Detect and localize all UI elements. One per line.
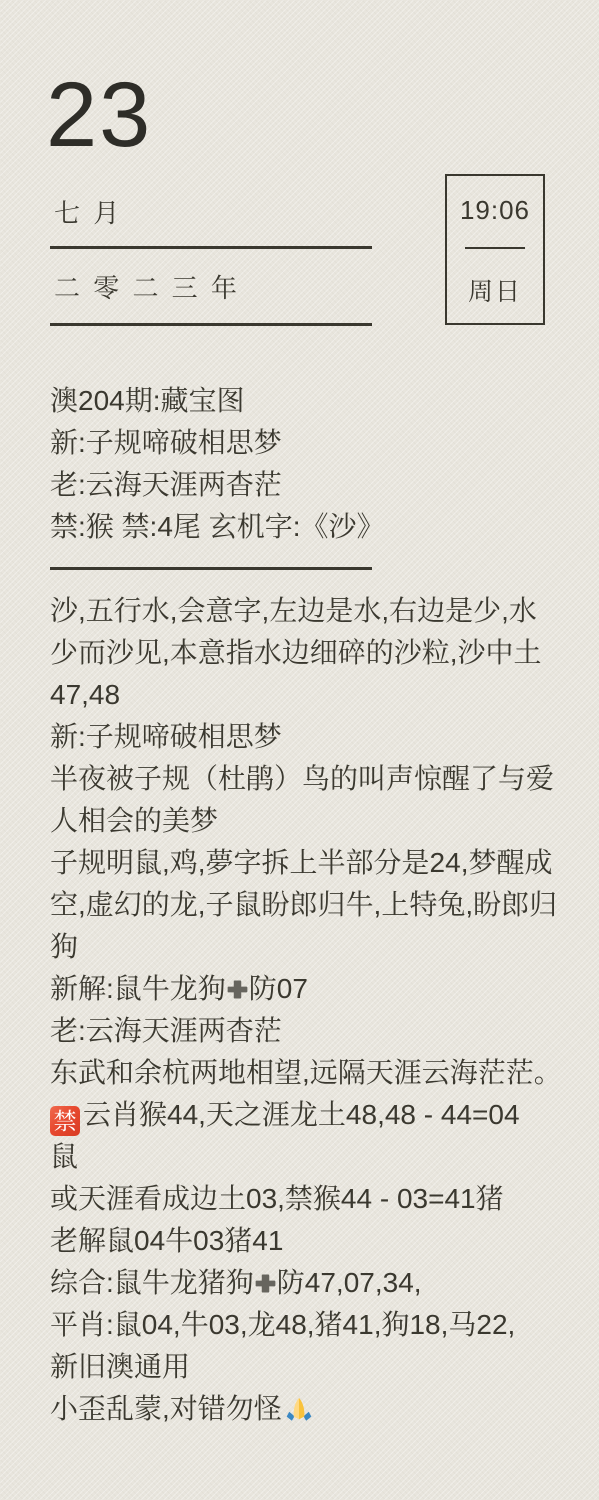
body-line: 小歪乱蒙,对错勿怪 xyxy=(50,1388,590,1430)
text-segment: 新解:鼠牛龙狗 xyxy=(50,973,226,1004)
text-segment: 空,虚幻的龙,子鼠盼郎归牛,上特兔,盼郎归 xyxy=(50,889,557,920)
prohibited-jin-icon: 禁 xyxy=(50,1106,80,1136)
divider-rule xyxy=(50,567,372,570)
text-segment: 老:云海天涯两杳茫 xyxy=(50,1015,282,1046)
text-segment: 新:子规啼破相思梦 xyxy=(50,721,282,752)
month-label: 七 月 xyxy=(54,200,122,226)
body-text: 澳204期:藏宝图新:子规啼破相思梦老:云海天涯两杳茫禁:猴 禁:4尾 玄机字:… xyxy=(50,380,590,1430)
text-segment: 或天涯看成边土03,禁猴44 - 03=41猪 xyxy=(50,1183,504,1214)
text-segment: 平肖:鼠04,牛03,龙48,猪41,狗18,马22, xyxy=(50,1309,515,1340)
year-divider xyxy=(50,323,372,326)
text-segment: 综合:鼠牛龙猪狗 xyxy=(50,1267,254,1298)
body-line: 新:子规啼破相思梦 xyxy=(50,422,590,464)
body-line: 狗 xyxy=(50,926,590,968)
section-divider xyxy=(50,548,590,590)
body-line: 沙,五行水,会意字,左边是水,右边是少,水 xyxy=(50,590,590,632)
text-segment: 防07 xyxy=(249,973,308,1004)
body-line: 禁云肖猴44,天之涯龙土48,48 - 44=04 xyxy=(50,1094,590,1136)
text-segment: 子规明鼠,鸡,夢字拆上半部分是24,梦醒成 xyxy=(50,847,552,878)
month-divider xyxy=(50,246,372,249)
day-number: 23 xyxy=(46,69,152,161)
body-line: 少而沙见,本意指水边细碎的沙粒,沙中土 xyxy=(50,632,590,674)
body-line: 人相会的美梦 xyxy=(50,800,590,842)
body-line: 综合:鼠牛龙猪狗防47,07,34, xyxy=(50,1262,590,1304)
weekday-label: 周日 xyxy=(447,280,543,305)
text-segment: 少而沙见,本意指水边细碎的沙粒,沙中土 xyxy=(50,637,542,668)
body-line: 空,虚幻的龙,子鼠盼郎归牛,上特兔,盼郎归 xyxy=(50,884,590,926)
body-line: 新:子规啼破相思梦 xyxy=(50,716,590,758)
body-line: 澳204期:藏宝图 xyxy=(50,380,590,422)
text-segment: 老:云海天涯两杳茫 xyxy=(50,469,282,500)
year-label: 二 零 二 三 年 xyxy=(54,275,240,301)
heavy-plus-icon xyxy=(226,978,249,1001)
text-segment: 沙,五行水,会意字,左边是水,右边是少,水 xyxy=(50,595,537,626)
text-segment: 人相会的美梦 xyxy=(50,805,218,836)
text-segment: 新旧澳通用 xyxy=(50,1351,190,1382)
body-line: 老解鼠04牛03猪41 xyxy=(50,1220,590,1262)
body-line: 鼠 xyxy=(50,1136,590,1178)
text-segment: 狗 xyxy=(50,931,78,962)
body-line: 平肖:鼠04,牛03,龙48,猪41,狗18,马22, xyxy=(50,1304,590,1346)
text-segment: 澳204期:藏宝图 xyxy=(50,385,245,416)
body-line: 东武和余杭两地相望,远隔天涯云海茫茫。 xyxy=(50,1052,590,1094)
praying-hands-icon xyxy=(284,1396,314,1423)
text-segment: 新:子规啼破相思梦 xyxy=(50,427,282,458)
body-line: 47,48 xyxy=(50,674,590,716)
body-line: 老:云海天涯两杳茫 xyxy=(50,464,590,506)
text-segment: 半夜被子规（杜鹃）鸟的叫声惊醒了与爱 xyxy=(50,763,554,794)
body-line: 子规明鼠,鸡,夢字拆上半部分是24,梦醒成 xyxy=(50,842,590,884)
body-line: 新解:鼠牛龙狗防07 xyxy=(50,968,590,1010)
text-segment: 鼠 xyxy=(50,1141,78,1172)
text-segment: 禁:猴 禁:4尾 玄机字:《沙》 xyxy=(50,511,384,542)
text-segment: 老解鼠04牛03猪41 xyxy=(50,1225,283,1256)
date-box: 19:06 周日 xyxy=(445,174,545,325)
body-line: 新旧澳通用 xyxy=(50,1346,590,1388)
text-segment: 东武和余杭两地相望,远隔天涯云海茫茫。 xyxy=(50,1057,562,1088)
datebox-divider xyxy=(465,247,525,249)
calendar-page: 23 七 月 二 零 二 三 年 19:06 周日 澳204期:藏宝图新:子规啼… xyxy=(0,0,599,1500)
body-line: 或天涯看成边土03,禁猴44 - 03=41猪 xyxy=(50,1178,590,1220)
text-segment: 小歪乱蒙,对错勿怪 xyxy=(50,1393,282,1424)
body-line: 半夜被子规（杜鹃）鸟的叫声惊醒了与爱 xyxy=(50,758,590,800)
text-segment: 防47,07,34, xyxy=(277,1267,422,1298)
text-segment: 47,48 xyxy=(50,679,120,710)
body-line: 禁:猴 禁:4尾 玄机字:《沙》 xyxy=(50,506,590,548)
time-label: 19:06 xyxy=(447,197,543,223)
body-line: 老:云海天涯两杳茫 xyxy=(50,1010,590,1052)
text-segment: 云肖猴44,天之涯龙土48,48 - 44=04 xyxy=(83,1099,520,1130)
heavy-plus-icon xyxy=(254,1272,277,1295)
